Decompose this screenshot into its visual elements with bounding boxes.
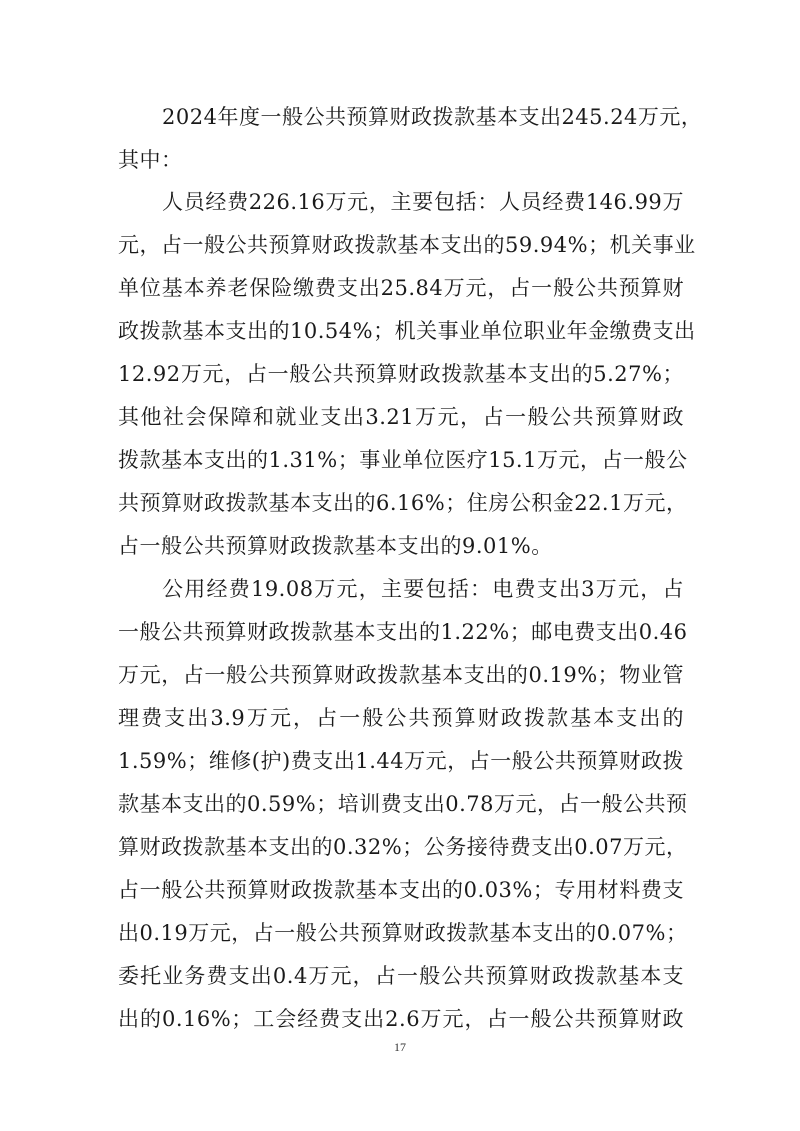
- paragraph-public-line-9: 出0.19万元，占一般公共预算财政拨款基本支出的0.07%；: [118, 920, 684, 946]
- page-number: 17: [0, 1040, 800, 1055]
- paragraph-personnel-line-3: 单位基本养老保险缴费支出25.84万元，占一般公共预算财: [118, 275, 684, 301]
- paragraph-personnel-line-1: 人员经费226.16万元，主要包括：人员经费146.99万: [162, 189, 684, 215]
- paragraph-public-line-6: 款基本支出的0.59%；培训费支出0.78万元，占一般公共预: [118, 791, 684, 817]
- paragraph-public-line-10: 委托业务费支出0.4万元，占一般公共预算财政拨款基本支: [118, 963, 684, 989]
- paragraph-personnel-line-7: 拨款基本支出的1.31%；事业单位医疗15.1万元，占一般公: [118, 447, 684, 473]
- paragraph-public-line-3: 万元，占一般公共预算财政拨款基本支出的0.19%；物业管: [118, 662, 684, 688]
- paragraph-personnel-line-8: 共预算财政拨款基本支出的6.16%；住房公积金22.1万元，: [118, 490, 684, 516]
- paragraph-personnel-line-9: 占一般公共预算财政拨款基本支出的9.01%。: [118, 533, 684, 559]
- paragraph-intro-line-2: 其中：: [118, 147, 684, 173]
- paragraph-public-line-1: 公用经费19.08万元，主要包括：电费支出3万元，占: [162, 576, 684, 602]
- paragraph-intro-line-1: 2024年度一般公共预算财政拨款基本支出245.24万元，: [162, 104, 684, 130]
- document-page: 2024年度一般公共预算财政拨款基本支出245.24万元， 其中： 人员经费22…: [0, 0, 800, 1131]
- paragraph-public-line-5: 1.59%；维修(护)费支出1.44万元，占一般公共预算财政拨: [118, 748, 684, 774]
- paragraph-public-line-11: 出的0.16%；工会经费支出2.6万元，占一般公共预算财政: [118, 1006, 684, 1032]
- paragraph-personnel-line-5: 12.92万元，占一般公共预算财政拨款基本支出的5.27%；: [118, 361, 684, 387]
- paragraph-personnel-line-4: 政拨款基本支出的10.54%；机关事业单位职业年金缴费支出: [118, 318, 684, 344]
- paragraph-public-line-7: 算财政拨款基本支出的0.32%；公务接待费支出0.07万元，: [118, 834, 684, 860]
- paragraph-personnel-line-6: 其他社会保障和就业支出3.21万元，占一般公共预算财政: [118, 404, 684, 430]
- paragraph-public-line-8: 占一般公共预算财政拨款基本支出的0.03%；专用材料费支: [118, 877, 684, 903]
- paragraph-public-line-4: 理费支出3.9万元，占一般公共预算财政拨款基本支出的: [118, 705, 684, 731]
- paragraph-public-line-2: 一般公共预算财政拨款基本支出的1.22%；邮电费支出0.46: [118, 619, 684, 645]
- paragraph-personnel-line-2: 元，占一般公共预算财政拨款基本支出的59.94%；机关事业: [118, 232, 684, 258]
